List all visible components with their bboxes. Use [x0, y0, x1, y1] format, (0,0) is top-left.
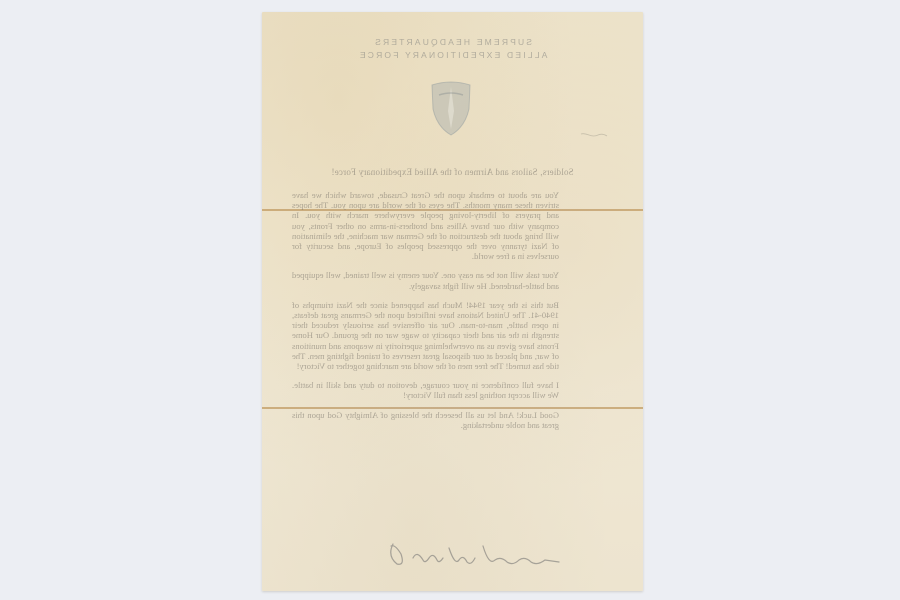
pencil-mark — [580, 132, 608, 138]
letterhead-line-1: SUPREME HEADQUARTERS — [262, 36, 643, 49]
paragraph-4: I have full confidence in your courage, … — [292, 380, 559, 400]
paragraph-3: But this is the year 1944! Much has happ… — [292, 300, 559, 371]
paragraph-1: You are about to embark upon the Great C… — [292, 190, 559, 261]
paragraph-5: Good Luck! And let us all beseech the bl… — [292, 410, 559, 430]
paragraph-2: Your task will not be an easy one. Your … — [292, 270, 559, 290]
shield-emblem-icon — [429, 81, 473, 137]
letterhead-line-2: ALLIED EXPEDITIONARY FORCE — [262, 49, 643, 62]
mirrored-bleed-through-text: SUPREME HEADQUARTERS ALLIED EXPEDITIONAR… — [262, 12, 643, 591]
letterhead: SUPREME HEADQUARTERS ALLIED EXPEDITIONAR… — [262, 36, 643, 62]
letter-body: You are about to embark upon the Great C… — [292, 190, 559, 439]
salutation: Soldiers, Sailors and Airmen of the Alli… — [292, 167, 613, 177]
letter-paper: SUPREME HEADQUARTERS ALLIED EXPEDITIONAR… — [262, 12, 643, 591]
signature: Dwight Eisenhower — [383, 536, 563, 572]
